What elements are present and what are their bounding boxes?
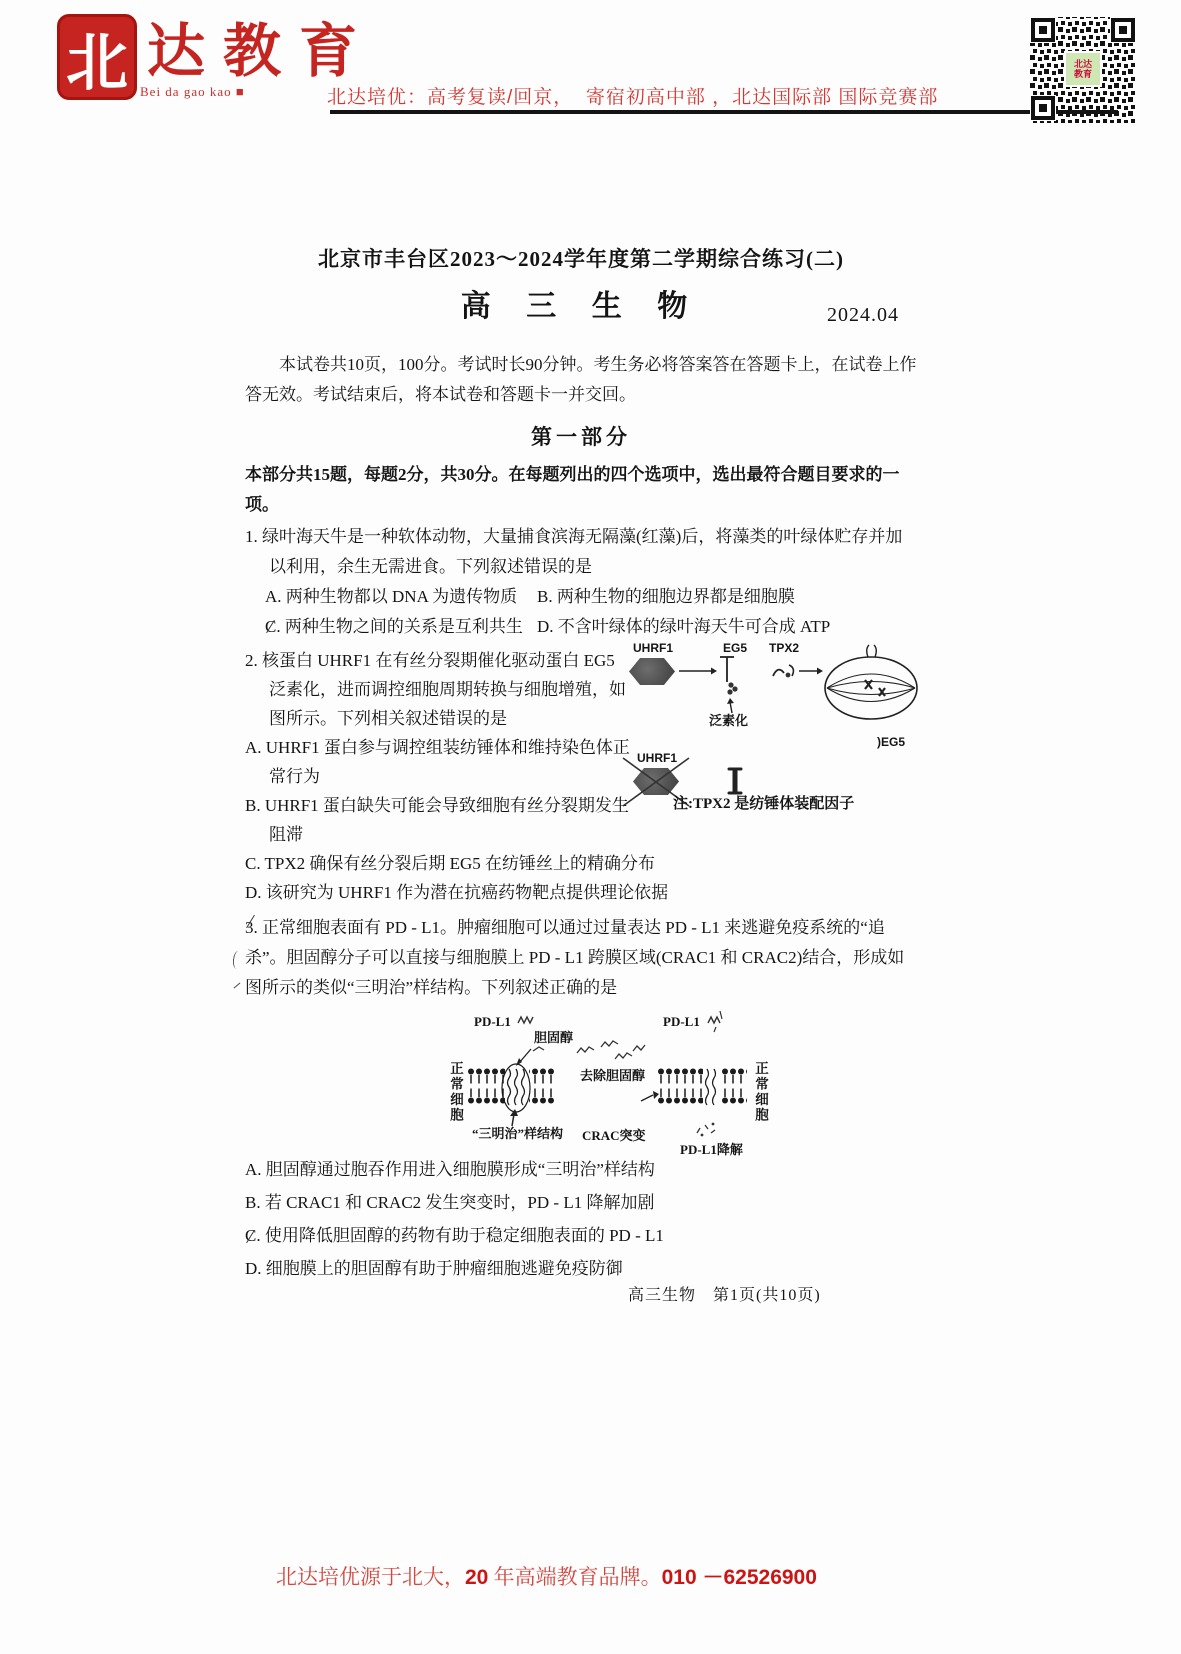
qr-badge-line2: 教育 <box>1074 69 1092 79</box>
part1-heading: 第一部分 <box>245 422 917 452</box>
question-1-option-c: C. 两种生物之间的关系是互利共生 <box>265 612 537 642</box>
exam-page: 北 达教育 Bei da gao kao ■ 北达培优：高考复读/回京， 寄宿初… <box>0 0 1181 1654</box>
brand-footer-years: 20 <box>465 1566 488 1589</box>
question-1-stem: 1. 绿叶海天牛是一种软体动物，大量捕食滨海无隔藻(红藻)后，将藻类的叶绿体贮存… <box>245 522 917 582</box>
scan-mark <box>232 951 243 970</box>
tpx2-label: TPX2 <box>769 642 799 655</box>
pdl1-protein-icon <box>517 1013 535 1027</box>
pdl1-membrane-diagram: PD-L1 胆固醇 正常细胞 <box>245 1003 917 1153</box>
part1-instructions: 本部分共15题，每题2分，共30分。在每题列出的四个选项中，选出最符合题目要求的… <box>245 460 917 520</box>
arrow-right-icon <box>679 667 717 675</box>
tpx2-protein-icon <box>771 660 797 680</box>
subject-row: 高 三 生 物 2024.04 <box>245 292 917 334</box>
question-2-option-b: B. UHRF1 蛋白缺失可能会导致细胞有丝分裂期发生阻滞 <box>245 791 631 849</box>
uhrf1-protein-icon <box>629 658 675 685</box>
qr-badge-line1: 北达 <box>1074 59 1092 69</box>
question-3-stem: 3. 正常细胞表面有 PD - L1。肿瘤细胞可以通过过量表达 PD - L1 … <box>245 913 917 1003</box>
remove-cholesterol-label: 去除胆固醇 <box>580 1069 645 1083</box>
brand-name: 达教育 <box>147 4 375 88</box>
normal-cell-left-label: 正常细胞 <box>448 1061 463 1123</box>
exam-body: 北京市丰台区2023～2024学年度第二学期综合练习(二) 高 三 生 物 20… <box>245 236 917 1285</box>
degraded-fragments-icon <box>693 1119 719 1139</box>
ubiquitination-label: 泛素化 <box>709 714 748 728</box>
sandwich-structure-label: “三明治”样结构 <box>472 1127 563 1141</box>
question-2: 2. 核蛋白 UHRF1 在有丝分裂期催化驱动蛋白 EG5 泛素化，进而调控细胞… <box>245 646 917 907</box>
header-divider <box>330 110 1118 114</box>
spindle-cell-icon <box>823 644 919 724</box>
arrow-up-icon <box>507 1109 519 1126</box>
question-2-option-d: D. 该研究为 UHRF1 作为潜在抗癌药物靶点提供理论依据 <box>245 878 917 907</box>
question-1-option-a: A. 两种生物都以 DNA 为遗传物质 <box>265 582 537 612</box>
membrane-right-icon <box>657 1067 747 1105</box>
exam-title: 北京市丰台区2023～2024学年度第二学期综合练习(二) <box>245 236 917 274</box>
normal-cell-right-label: 正常细胞 <box>753 1061 768 1123</box>
membrane-left-icon <box>467 1067 555 1105</box>
page-number-footer: 高三生物 第1页(共10页) <box>628 1282 821 1305</box>
free-cholesterol-icons <box>575 1037 651 1063</box>
pdl1-unstable-icon <box>706 1009 726 1033</box>
question-1-options-row-1: A. 两种生物都以 DNA 为遗传物质 B. 两种生物的细胞边界都是细胞膜 <box>245 582 917 612</box>
arrow-up-icon <box>727 698 737 713</box>
question-2-option-c: C. TPX2 确保有丝分裂后期 EG5 在纺锤丝上的精确分布 <box>245 849 917 878</box>
brand-footer-text-2: 年高端教育品牌。 <box>488 1565 661 1589</box>
question-3: 3. 正常细胞表面有 PD - L1。肿瘤细胞可以通过过量表达 PD - L1 … <box>245 913 917 1285</box>
brand-seal-char: 北 <box>66 13 128 102</box>
uhrf1-label: UHRF1 <box>633 642 673 655</box>
header-slogan: 北达培优：高考复读/回京， 寄宿初高中部 ，北达国际部 国际竞赛部 <box>327 82 938 109</box>
question-1: 1. 绿叶海天牛是一种软体动物，大量捕食滨海无隔藻(红藻)后，将藻类的叶绿体贮存… <box>245 522 917 642</box>
question-3-option-a: A. 胆固醇通过胞吞作用进入细胞膜形成“三明治”样结构 <box>245 1153 917 1186</box>
brand-seal-logo: 北 <box>57 14 137 100</box>
brand-footer-text-1: 北达培优源于北大， <box>276 1565 465 1589</box>
exam-date: 2024.04 <box>827 300 899 330</box>
pdl1-right-label: PD-L1 <box>663 1015 700 1029</box>
diagram-note: 注:TPX2 是纺锤体装配因子 <box>673 790 854 819</box>
subject-title: 高 三 生 物 <box>245 292 917 322</box>
question-1-options-row-2: C. 两种生物之间的关系是互利共生 D. 不含叶绿体的绿叶海天牛可合成 ATP <box>245 612 917 642</box>
question-2-left-column: 2. 核蛋白 UHRF1 在有丝分裂期催化驱动蛋白 EG5 泛素化，进而调控细胞… <box>245 646 631 849</box>
question-3-option-d: D. 细胞膜上的胆固醇有助于肿瘤细胞逃避免疫防御 <box>245 1252 917 1285</box>
qr-code: 北达 教育 <box>1030 13 1136 125</box>
arrow-right-icon <box>799 667 823 675</box>
qr-center-badge: 北达 教育 <box>1064 51 1102 87</box>
question-1-option-b: B. 两种生物的细胞边界都是细胞膜 <box>537 582 917 612</box>
eg5-ubiquitinated-icon <box>715 654 745 698</box>
exam-notice: 本试卷共10页，100分。考试时长90分钟。考生务必将答案答在答题卡上，在试卷上… <box>245 350 917 410</box>
question-3-option-b: B. 若 CRAC1 和 CRAC2 发生突变时，PD - L1 降解加剧 <box>245 1186 917 1219</box>
question-2-option-a: A. UHRF1 蛋白参与调控组装纺锤体和维持染色体正常行为 <box>245 733 631 791</box>
pdl1-degradation-label: PD-L1降解 <box>680 1143 743 1157</box>
scan-mark <box>234 983 241 989</box>
question-2-stem: 2. 核蛋白 UHRF1 在有丝分裂期催化驱动蛋白 EG5 泛素化，进而调控细胞… <box>245 646 631 733</box>
brand-footer-phone: 010 －62526900 <box>662 1566 817 1589</box>
question-1-option-d: D. 不含叶绿体的绿叶海天牛可合成 ATP <box>537 612 917 642</box>
question-3-option-c: C. 使用降低胆固醇的药物有助于稳定细胞表面的 PD - L1 <box>245 1219 917 1252</box>
pdl1-left-label: PD-L1 <box>474 1015 511 1029</box>
brand-footer: 北达培优源于北大，20 年高端教育品牌。010 －62526900 <box>255 1536 817 1616</box>
spindle-eg5-label: )EG5 <box>877 736 905 749</box>
cholesterol-arrow-icon <box>513 1043 547 1069</box>
crac-mutation-label: CRAC突变 <box>582 1129 646 1143</box>
brand-subtitle: Bei da gao kao ■ <box>140 84 245 100</box>
